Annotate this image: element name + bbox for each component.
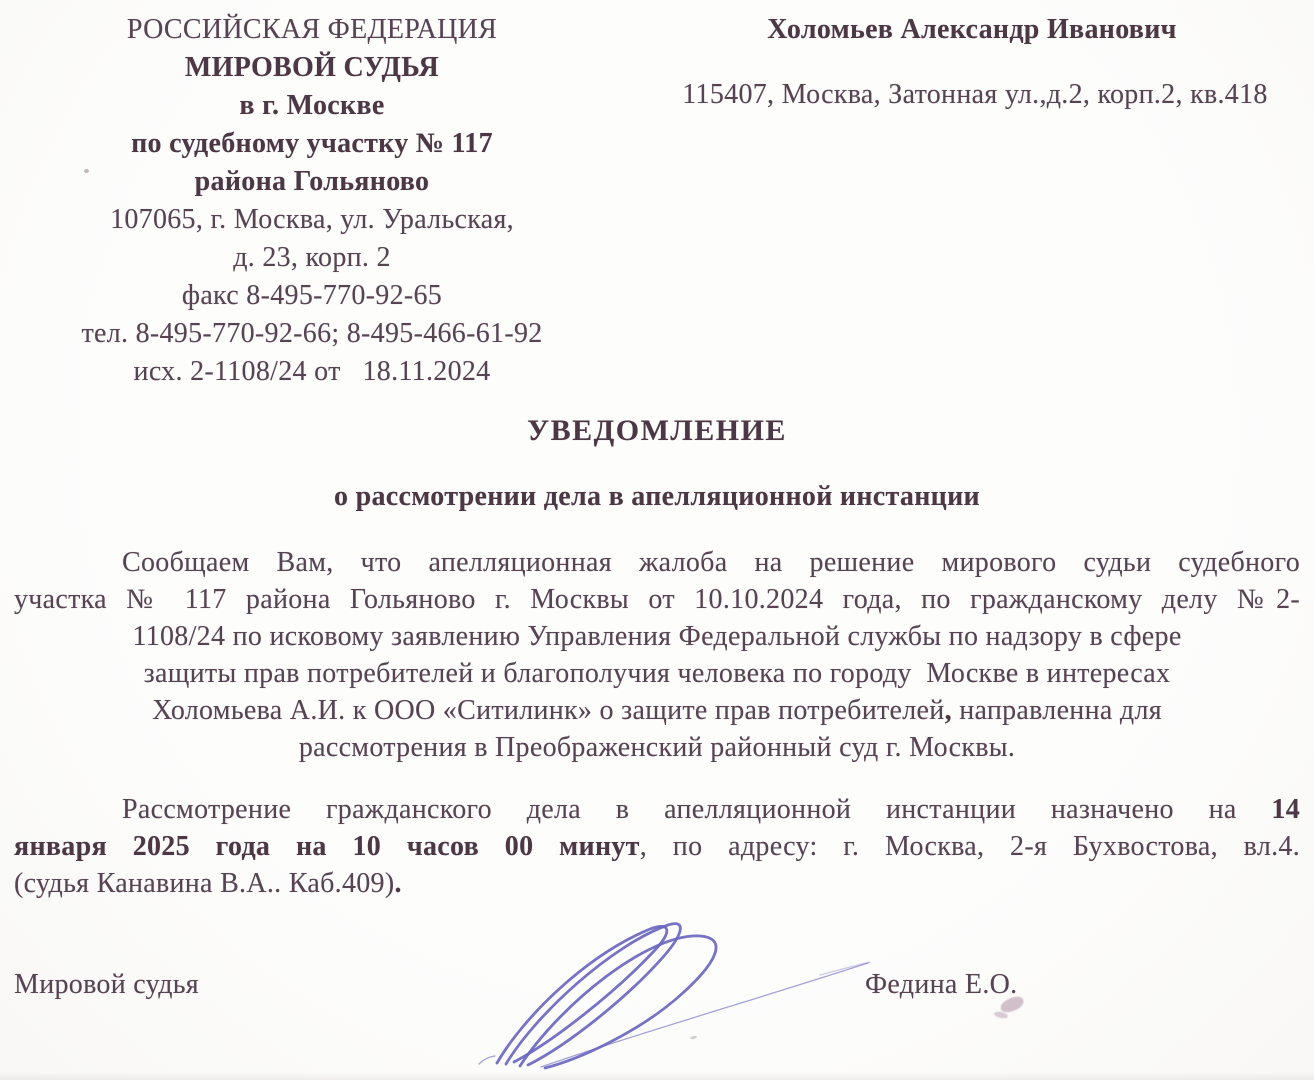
paragraph-line: Сообщаем Вам, что апелляционная жалоба н… xyxy=(14,544,1300,581)
sender-line: МИРОВОЙ СУДЬЯ xyxy=(12,49,612,87)
sender-line: по судебному участку № 117 xyxy=(12,125,612,163)
scan-artifact-speck xyxy=(690,1035,698,1040)
ink-smudge-small xyxy=(994,1011,1009,1020)
paragraph-line: (судья Канавина В.А.. Каб.409). xyxy=(14,865,1300,902)
paragraph-line: защиты прав потребителей и благополучия … xyxy=(14,655,1300,692)
sender-line: факс 8-495-770-92-65 xyxy=(12,277,612,315)
document-page: РОССИЙСКАЯ ФЕДЕРАЦИЯМИРОВОЙ СУДЬЯв г. Мо… xyxy=(0,0,1314,1080)
addressee-address: 115407, Москва, Затонная ул.,д.2, корп.2… xyxy=(630,76,1314,114)
paragraph-line: января 2025 года на 10 часов 00 минут, п… xyxy=(14,828,1300,865)
notice-title: УВЕДОМЛЕНИЕ xyxy=(14,411,1300,451)
sender-line: исх. 2-1108/24 от 18.11.2024 xyxy=(12,353,612,391)
sender-block: РОССИЙСКАЯ ФЕДЕРАЦИЯМИРОВОЙ СУДЬЯв г. Мо… xyxy=(12,11,612,391)
signer-title: Мировой судья xyxy=(14,966,199,1004)
sender-line: д. 23, корп. 2 xyxy=(12,239,612,277)
scan-bottom-edge xyxy=(0,1072,1314,1080)
body-paragraph-1: Сообщаем Вам, что апелляционная жалоба н… xyxy=(14,544,1300,766)
notice-subtitle: о рассмотрении дела в апелляционной инст… xyxy=(14,478,1300,516)
body-paragraph-2: Рассмотрение гражданского дела в апелляц… xyxy=(14,791,1300,902)
paragraph-line: Рассмотрение гражданского дела в апелляц… xyxy=(14,791,1300,828)
sender-line: 107065, г. Москва, ул. Уральская, xyxy=(12,201,612,239)
sender-line: района Гольяново xyxy=(12,163,612,201)
sender-line: тел. 8-495-770-92-66; 8-495-466-61-92 xyxy=(12,315,612,353)
paragraph-line: рассмотрения в Преображенский районный с… xyxy=(14,729,1300,766)
signer-name: Федина Е.О. xyxy=(865,966,1017,1004)
sender-line: в г. Москве xyxy=(12,87,612,125)
sender-line: РОССИЙСКАЯ ФЕДЕРАЦИЯ xyxy=(12,11,612,49)
addressee-name: Холомьев Александр Иванович xyxy=(628,11,1314,49)
paragraph-line: участка № 117 района Гольяново г. Москвы… xyxy=(14,581,1300,618)
paragraph-line: 1108/24 по исковому заявлению Управления… xyxy=(14,618,1300,655)
paragraph-line: Холомьева А.И. к ООО «Ситилинк» о защите… xyxy=(14,692,1300,729)
